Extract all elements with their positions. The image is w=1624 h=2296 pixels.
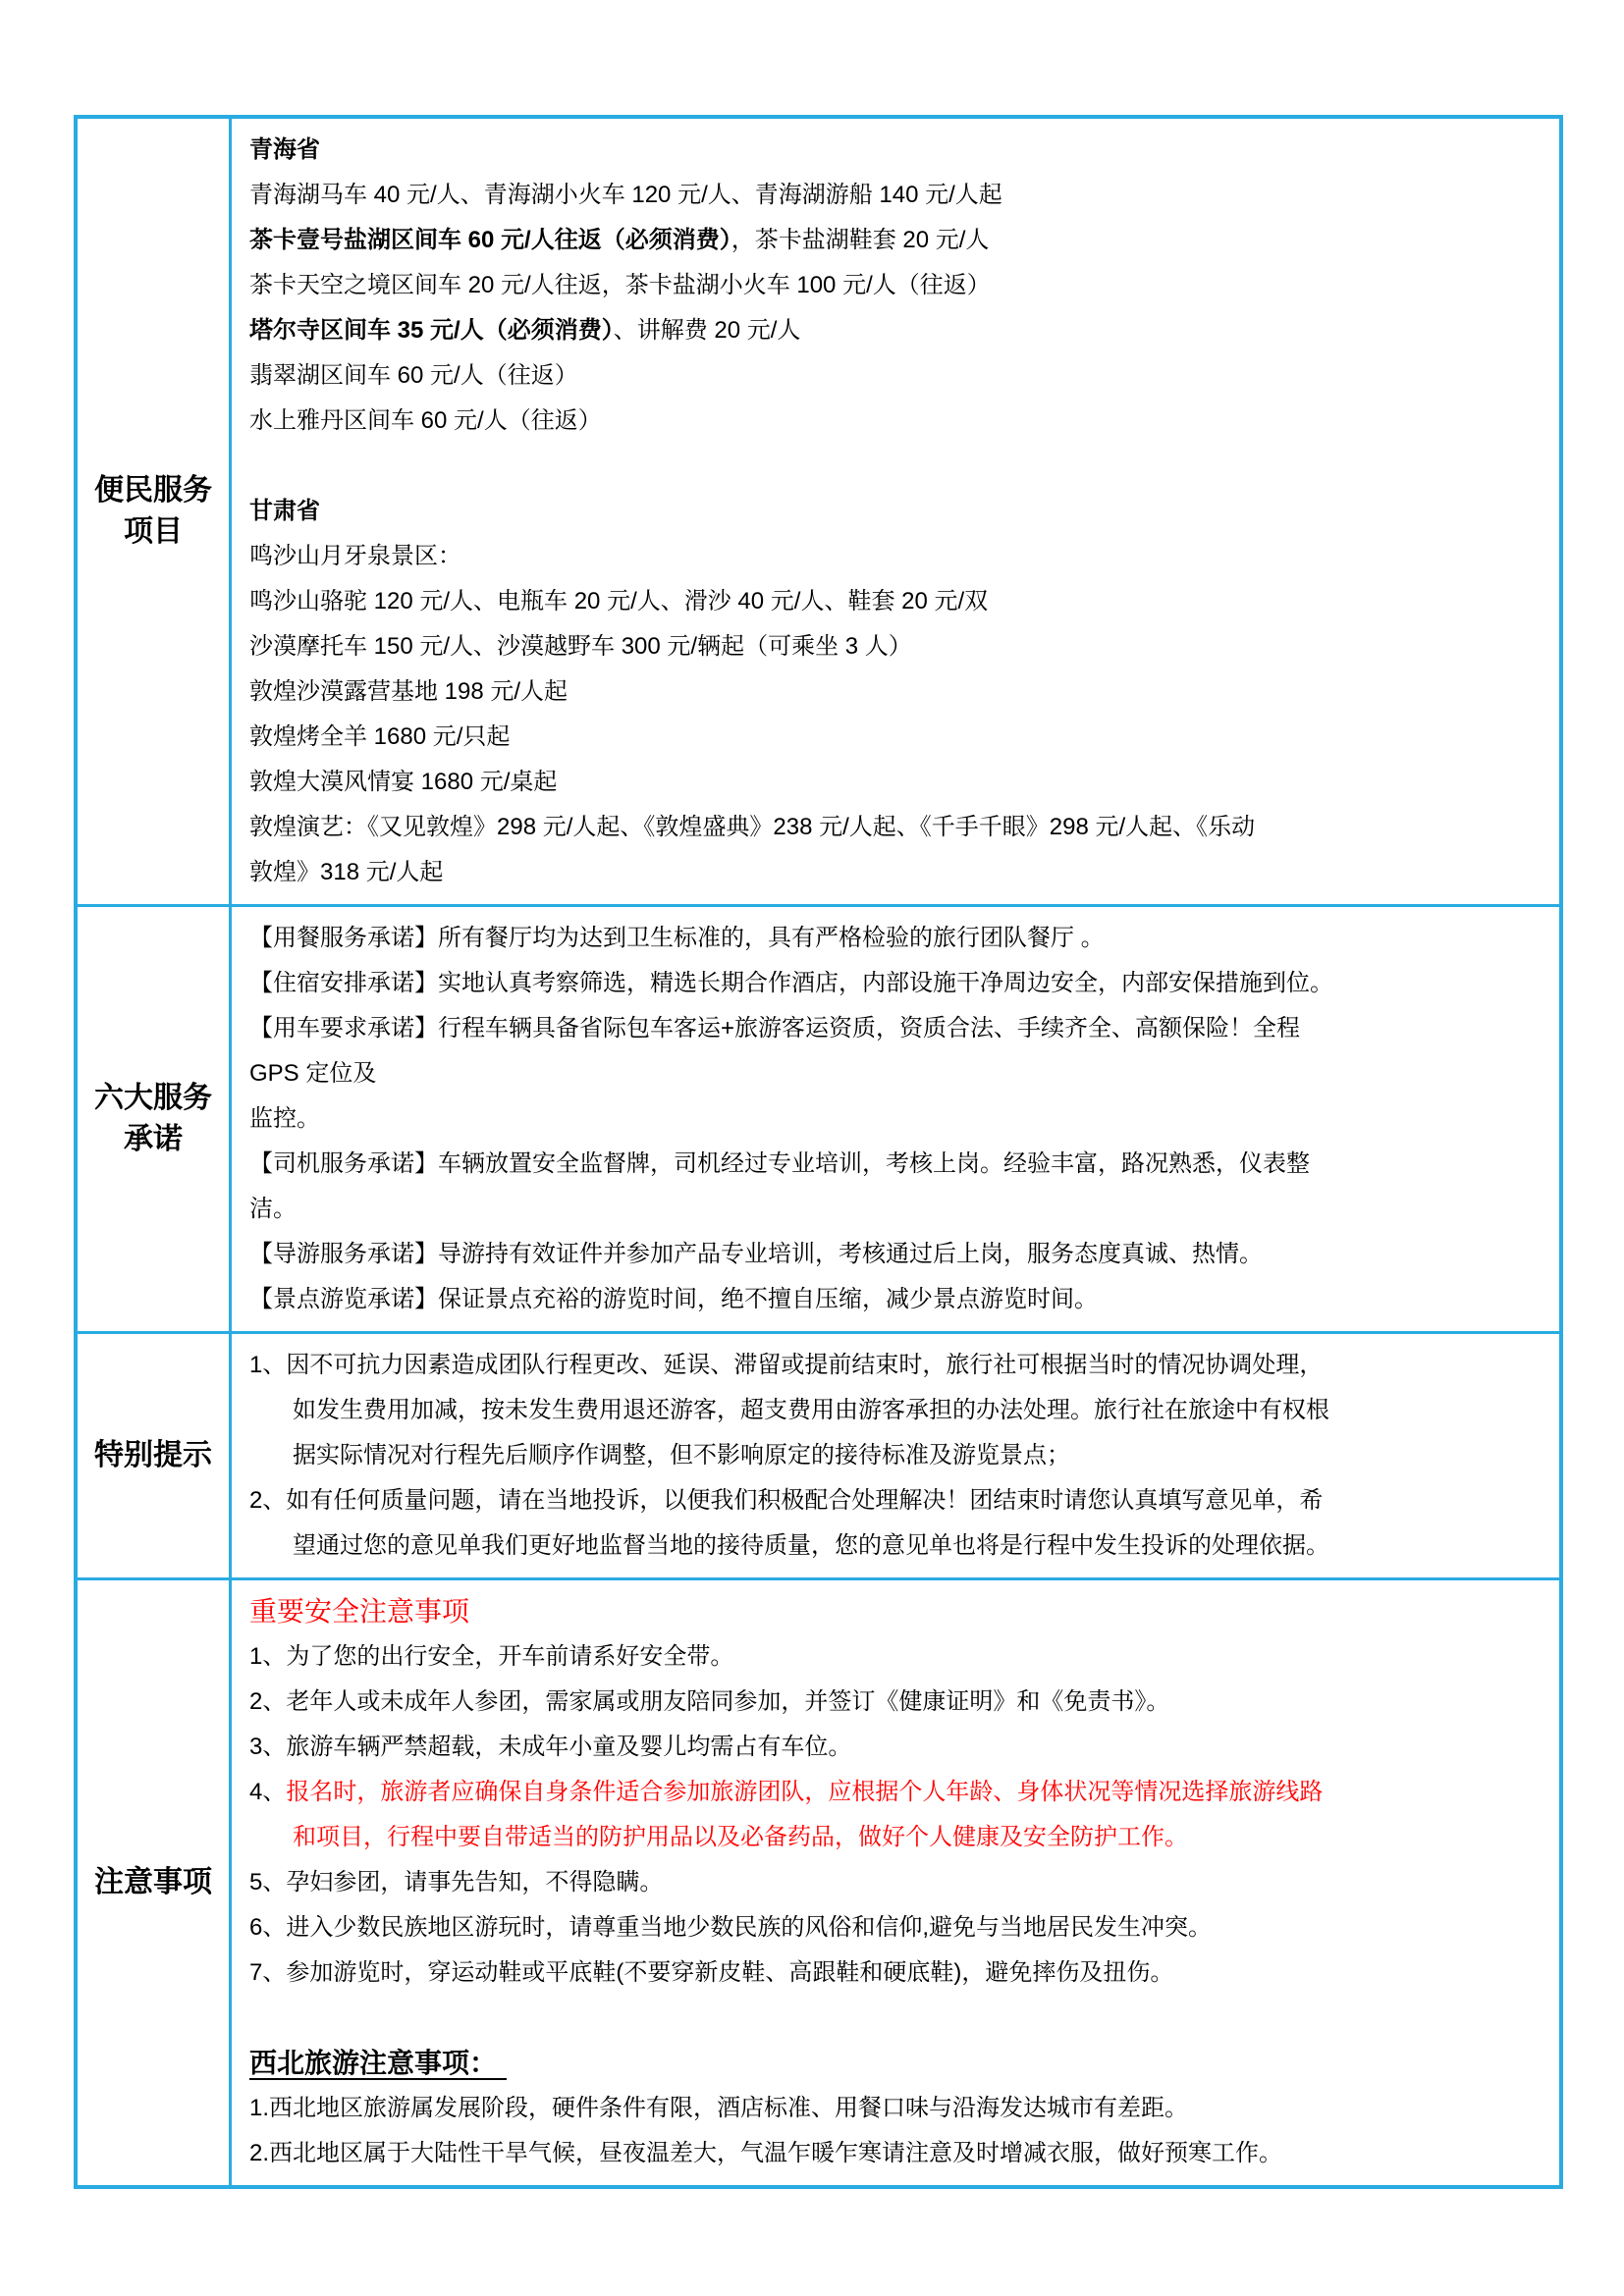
text-segment: 甘肃省 xyxy=(249,498,320,524)
text-line: 敦煌沙漠露营基地 198 元/人起 xyxy=(249,669,1549,715)
table-row-notices: 注意事项重要安全注意事项1、为了您的出行安全，开车前请系好安全带。2、老年人或未… xyxy=(78,1577,1559,2185)
text-segment: 1.西北地区旅游属发展阶段，硬件条件有限，酒店标准、用餐口味与沿海发达城市有差距… xyxy=(249,2095,1188,2121)
text-segment: 敦煌烤全羊 1680 元/只起 xyxy=(249,723,510,750)
text-segment: 青海省 xyxy=(249,136,320,163)
text-segment: 洁。 xyxy=(249,1196,297,1222)
table-row-service-promises: 六大服务 承诺【用餐服务承诺】所有餐厅均为达到卫生标准的，具有严格检验的旅行团队… xyxy=(78,904,1559,1331)
text-segment: 如发生费用加减，按未发生费用退还游客，超支费用由游客承担的办法处理。旅行社在旅途… xyxy=(293,1397,1329,1423)
text-line: 2.西北地区属于大陆性干旱气候，昼夜温差大，气温乍暖乍寒请注意及时增减衣服，做好… xyxy=(249,2131,1549,2176)
row-content-notices: 重要安全注意事项1、为了您的出行安全，开车前请系好安全带。2、老年人或未成年人参… xyxy=(232,1580,1559,2185)
text-line: 6、进入少数民族地区游玩时，请尊重当地少数民族的风俗和信仰,避免与当地居民发生冲… xyxy=(249,1905,1549,1950)
text-segment: 4、 xyxy=(249,1779,286,1805)
text-line: 敦煌》318 元/人起 xyxy=(249,850,1549,895)
text-segment: 敦煌大漠风情宴 1680 元/桌起 xyxy=(249,769,557,795)
text-line: 1、为了您的出行安全，开车前请系好安全带。 xyxy=(249,1634,1549,1680)
text-line: 甘肃省 xyxy=(249,489,1549,534)
text-segment: 监控。 xyxy=(249,1105,320,1132)
text-line: 洁。 xyxy=(249,1187,1549,1232)
row-label-convenience-services: 便民服务 项目 xyxy=(78,119,232,904)
table-row-special-notes: 特别提示1、因不可抗力因素造成团队行程更改、延误、滞留或提前结束时，旅行社可根据… xyxy=(78,1331,1559,1577)
text-segment: 、讲解费 20 元/人 xyxy=(614,317,801,344)
text-line: 茶卡壹号盐湖区间车 60 元/人往返（必须消费），茶卡盐湖鞋套 20 元/人 xyxy=(249,218,1549,263)
text-line: 2、老年人或未成年人参团，需家属或朋友陪同参加，并签订《健康证明》和《免责书》。 xyxy=(249,1680,1549,1725)
text-line: 沙漠摩托车 150 元/人、沙漠越野车 300 元/辆起（可乘坐 3 人） xyxy=(249,624,1549,669)
text-line: 和项目，行程中要自带适当的防护用品以及必备药品，做好个人健康及安全防护工作。 xyxy=(249,1815,1549,1860)
text-line: 青海省 xyxy=(249,128,1549,173)
text-segment: 西北旅游注意事项： xyxy=(249,2048,507,2080)
row-label-service-promises: 六大服务 承诺 xyxy=(78,907,232,1331)
text-line: 据实际情况对行程先后顺序作调整，但不影响原定的接待标准及游览景点； xyxy=(249,1433,1549,1478)
text-segment: 7、参加游览时，穿运动鞋或平底鞋(不要穿新皮鞋、高跟鞋和硬底鞋)，避免摔伤及扭伤… xyxy=(249,1959,1173,1986)
text-line: 2、如有任何质量问题，请在当地投诉，以便我们积极配合处理解决！团结束时请您认真填… xyxy=(249,1478,1549,1523)
text-segment: 6、进入少数民族地区游玩时，请尊重当地少数民族的风俗和信仰,避免与当地居民发生冲… xyxy=(249,1914,1212,1941)
text-segment xyxy=(249,453,256,479)
text-segment: 鸣沙山骆驼 120 元/人、电瓶车 20 元/人、滑沙 40 元/人、鞋套 20… xyxy=(249,588,988,614)
text-line: 望通过您的意见单我们更好地监督当地的接待质量，您的意见单也将是行程中发生投诉的处… xyxy=(249,1523,1549,1569)
text-line: 鸣沙山骆驼 120 元/人、电瓶车 20 元/人、滑沙 40 元/人、鞋套 20… xyxy=(249,579,1549,624)
text-segment: 翡翠湖区间车 60 元/人（往返） xyxy=(249,362,578,389)
text-segment: 茶卡天空之境区间车 20 元/人往返，茶卡盐湖小火车 100 元/人（往返） xyxy=(249,272,991,298)
table-row-convenience-services: 便民服务 项目青海省青海湖马车 40 元/人、青海湖小火车 120 元/人、青海… xyxy=(78,119,1559,904)
text-line: 【景点游览承诺】保证景点充裕的游览时间，绝不擅自压缩，减少景点游览时间。 xyxy=(249,1277,1549,1322)
text-line: 【用车要求承诺】行程车辆具备省际包车客运+旅游客运资质，资质合法、手续齐全、高额… xyxy=(249,1006,1549,1051)
text-segment: 【导游服务承诺】导游持有效证件并参加产品专业培训，考核通过后上岗，服务态度真诚、… xyxy=(249,1241,1263,1267)
text-segment: ，茶卡盐湖鞋套 20 元/人 xyxy=(731,227,990,253)
text-line: 茶卡天空之境区间车 20 元/人往返，茶卡盐湖小火车 100 元/人（往返） xyxy=(249,263,1549,308)
text-line: 【司机服务承诺】车辆放置安全监督牌，司机经过专业培训，考核上岗。经验丰富，路况熟… xyxy=(249,1142,1549,1187)
text-segment: 沙漠摩托车 150 元/人、沙漠越野车 300 元/辆起（可乘坐 3 人） xyxy=(249,633,912,660)
text-line: 水上雅丹区间车 60 元/人（往返） xyxy=(249,399,1549,444)
text-line: 重要安全注意事项 xyxy=(249,1589,1549,1634)
text-segment: 望通过您的意见单我们更好地监督当地的接待质量，您的意见单也将是行程中发生投诉的处… xyxy=(293,1532,1329,1559)
text-segment: 5、孕妇参团，请事先告知，不得隐瞒。 xyxy=(249,1869,663,1896)
row-label-notices: 注意事项 xyxy=(78,1580,232,2185)
row-content-service-promises: 【用餐服务承诺】所有餐厅均为达到卫生标准的，具有严格检验的旅行团队餐厅 。【住宿… xyxy=(232,907,1559,1331)
text-line xyxy=(249,1996,1549,2041)
text-segment: 【住宿安排承诺】实地认真考察筛选，精选长期合作酒店，内部设施干净周边安全，内部安… xyxy=(249,970,1333,996)
text-segment: 水上雅丹区间车 60 元/人（往返） xyxy=(249,407,602,434)
text-line: 7、参加游览时，穿运动鞋或平底鞋(不要穿新皮鞋、高跟鞋和硬底鞋)，避免摔伤及扭伤… xyxy=(249,1950,1549,1996)
text-line: 翡翠湖区间车 60 元/人（往返） xyxy=(249,353,1549,399)
text-segment: 【用餐服务承诺】所有餐厅均为达到卫生标准的，具有严格检验的旅行团队餐厅 。 xyxy=(249,925,1105,951)
text-line: 【住宿安排承诺】实地认真考察筛选，精选长期合作酒店，内部设施干净周边安全，内部安… xyxy=(249,961,1549,1006)
text-line: 1.西北地区旅游属发展阶段，硬件条件有限，酒店标准、用餐口味与沿海发达城市有差距… xyxy=(249,2086,1549,2131)
text-segment: 塔尔寺区间车 35 元/人（必须消费） xyxy=(249,317,614,344)
text-segment: 3、旅游车辆严禁超载，未成年小童及婴儿均需占有车位。 xyxy=(249,1734,851,1760)
text-line: 塔尔寺区间车 35 元/人（必须消费）、讲解费 20 元/人 xyxy=(249,308,1549,353)
text-segment: 报名时，旅游者应确保自身条件适合参加旅游团队，应根据个人年龄、身体状况等情况选择… xyxy=(286,1779,1323,1805)
text-line: 青海湖马车 40 元/人、青海湖小火车 120 元/人、青海湖游船 140 元/… xyxy=(249,173,1549,218)
text-segment: 重要安全注意事项 xyxy=(249,1596,469,1627)
text-line: 5、孕妇参团，请事先告知，不得隐瞒。 xyxy=(249,1860,1549,1905)
text-segment: 据实际情况对行程先后顺序作调整，但不影响原定的接待标准及游览景点； xyxy=(293,1442,1070,1468)
text-segment: 【用车要求承诺】行程车辆具备省际包车客运+旅游客运资质，资质合法、手续齐全、高额… xyxy=(249,1015,1300,1041)
text-segment: 敦煌》318 元/人起 xyxy=(249,859,443,885)
text-segment: 敦煌演艺：《又见敦煌》298 元/人起、《敦煌盛典》238 元/人起、《千手千眼… xyxy=(249,814,1255,840)
text-line: GPS 定位及 xyxy=(249,1051,1549,1096)
text-line: 敦煌演艺：《又见敦煌》298 元/人起、《敦煌盛典》238 元/人起、《千手千眼… xyxy=(249,805,1549,850)
text-line: 敦煌烤全羊 1680 元/只起 xyxy=(249,715,1549,760)
text-segment: 2.西北地区属于大陆性干旱气候，昼夜温差大，气温乍暖乍寒请注意及时增减衣服，做好… xyxy=(249,2140,1282,2166)
row-content-special-notes: 1、因不可抗力因素造成团队行程更改、延误、滞留或提前结束时，旅行社可根据当时的情… xyxy=(232,1334,1559,1577)
text-segment: 2、老年人或未成年人参团，需家属或朋友陪同参加，并签订《健康证明》和《免责书》。 xyxy=(249,1688,1169,1715)
text-line: 敦煌大漠风情宴 1680 元/桌起 xyxy=(249,760,1549,805)
text-line: 1、因不可抗力因素造成团队行程更改、延误、滞留或提前结束时，旅行社可根据当时的情… xyxy=(249,1343,1549,1388)
text-segment: 2、如有任何质量问题，请在当地投诉，以便我们积极配合处理解决！团结束时请您认真填… xyxy=(249,1487,1323,1514)
text-segment: 1、因不可抗力因素造成团队行程更改、延误、滞留或提前结束时，旅行社可根据当时的情… xyxy=(249,1352,1323,1378)
info-table: 便民服务 项目青海省青海湖马车 40 元/人、青海湖小火车 120 元/人、青海… xyxy=(74,115,1563,2189)
text-segment: 青海湖马车 40 元/人、青海湖小火车 120 元/人、青海湖游船 140 元/… xyxy=(249,182,1002,208)
text-line: 【导游服务承诺】导游持有效证件并参加产品专业培训，考核通过后上岗，服务态度真诚、… xyxy=(249,1232,1549,1277)
text-line: 鸣沙山月牙泉景区： xyxy=(249,534,1549,579)
text-segment: 【司机服务承诺】车辆放置安全监督牌，司机经过专业培训，考核上岗。经验丰富，路况熟… xyxy=(249,1150,1310,1177)
text-line: 如发生费用加减，按未发生费用退还游客，超支费用由游客承担的办法处理。旅行社在旅途… xyxy=(249,1388,1549,1433)
text-segment: 鸣沙山月牙泉景区： xyxy=(249,543,461,569)
text-line: 3、旅游车辆严禁超载，未成年小童及婴儿均需占有车位。 xyxy=(249,1725,1549,1770)
text-segment: 【景点游览承诺】保证景点充裕的游览时间，绝不擅自压缩，减少景点游览时间。 xyxy=(249,1286,1098,1312)
row-content-convenience-services: 青海省青海湖马车 40 元/人、青海湖小火车 120 元/人、青海湖游船 140… xyxy=(232,119,1559,904)
text-segment xyxy=(249,2004,256,2031)
text-line: 监控。 xyxy=(249,1096,1549,1142)
row-label-special-notes: 特别提示 xyxy=(78,1334,232,1577)
text-segment: 1、为了您的出行安全，开车前请系好安全带。 xyxy=(249,1643,733,1670)
text-segment: 茶卡壹号盐湖区间车 60 元/人往返（必须消费） xyxy=(249,227,731,253)
text-segment: 和项目，行程中要自带适当的防护用品以及必备药品，做好个人健康及安全防护工作。 xyxy=(293,1824,1188,1850)
text-segment: GPS 定位及 xyxy=(249,1060,376,1087)
text-line: 4、报名时，旅游者应确保自身条件适合参加旅游团队，应根据个人年龄、身体状况等情况… xyxy=(249,1770,1549,1815)
text-line: 西北旅游注意事项： xyxy=(249,2041,1549,2086)
text-line: 【用餐服务承诺】所有餐厅均为达到卫生标准的，具有严格检验的旅行团队餐厅 。 xyxy=(249,916,1549,961)
text-line xyxy=(249,444,1549,489)
text-segment: 敦煌沙漠露营基地 198 元/人起 xyxy=(249,678,568,705)
